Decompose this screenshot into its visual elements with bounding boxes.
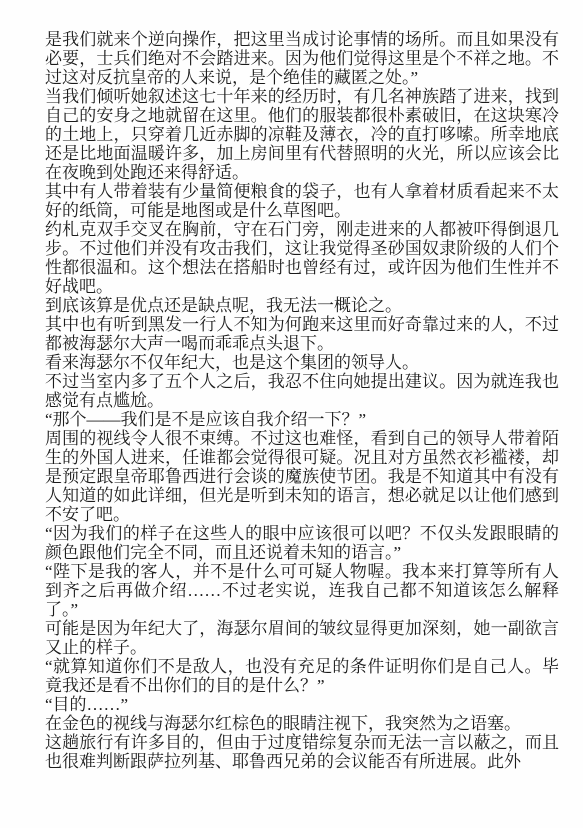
paragraph: “因为我们的样子在这些人的眼中应该很可以吧？不仅头发跟眼睛的颜色跟他们完全不同，… (45, 524, 559, 562)
paragraph: 这趟旅行有许多目的，但由于过度错综复杂而无法一言以蔽之，而且也很难判断跟萨拉列基… (45, 733, 559, 771)
paragraph: 是我们就来个逆向操作，把这里当成讨论事情的场所。而且如果没有必要，士兵们绝对不会… (45, 30, 559, 87)
paragraph: 约札克双手交叉在胸前，守在石门旁，刚走进来的人都被吓得倒退几步。不过他们并没有攻… (45, 220, 559, 296)
paragraph: 其中有人带着装有少量简便粮食的袋子，也有人拿着材质看起来不太好的纸筒，可能是地图… (45, 182, 559, 220)
paragraph: 周围的视线令人很不束缚。不过这也难怪，看到自己的领导人带着陌生的外国人进来，任谁… (45, 429, 559, 524)
paragraph: 看来海瑟尔不仅年纪大，也是这个集团的领导人。 (45, 353, 559, 372)
paragraph: 可能是因为年纪大了，海瑟尔眉间的皱纹显得更加深刻，她一副欲言又止的样子。 (45, 619, 559, 657)
paragraph: “陛下是我的客人，并不是什么可可疑人物喔。我本来打算等所有人到齐之后再做介绍……… (45, 562, 559, 619)
paragraph: 在金色的视线与海瑟尔红棕色的眼睛注视下，我突然为之语塞。 (45, 714, 559, 733)
paragraph: “目的……” (45, 695, 559, 714)
paragraph: 其中也有听到黑发一行人不知为何跑来这里而好奇靠过来的人，不过都被海瑟尔大声一喝而… (45, 315, 559, 353)
book-page: 是我们就来个逆向操作，把这里当成讨论事情的场所。而且如果没有必要，士兵们绝对不会… (0, 0, 583, 828)
page-text: 是我们就来个逆向操作，把这里当成讨论事情的场所。而且如果没有必要，士兵们绝对不会… (45, 30, 559, 771)
paragraph: 当我们倾听她叙述这七十年来的经历时，有几名神族踏了进来，找到自己的安身之地就留在… (45, 87, 559, 182)
paragraph: “那个——我们是不是应该自我介绍一下？” (45, 410, 559, 429)
paragraph: “就算知道你们不是敌人，也没有充足的条件证明你们是自己人。毕竟我还是看不出你们的… (45, 657, 559, 695)
paragraph: 不过当室内多了五个人之后，我忍不住向她提出建议。因为就连我也感觉有点尴尬。 (45, 372, 559, 410)
paragraph: 到底该算是优点还是缺点呢，我无法一概论之。 (45, 296, 559, 315)
